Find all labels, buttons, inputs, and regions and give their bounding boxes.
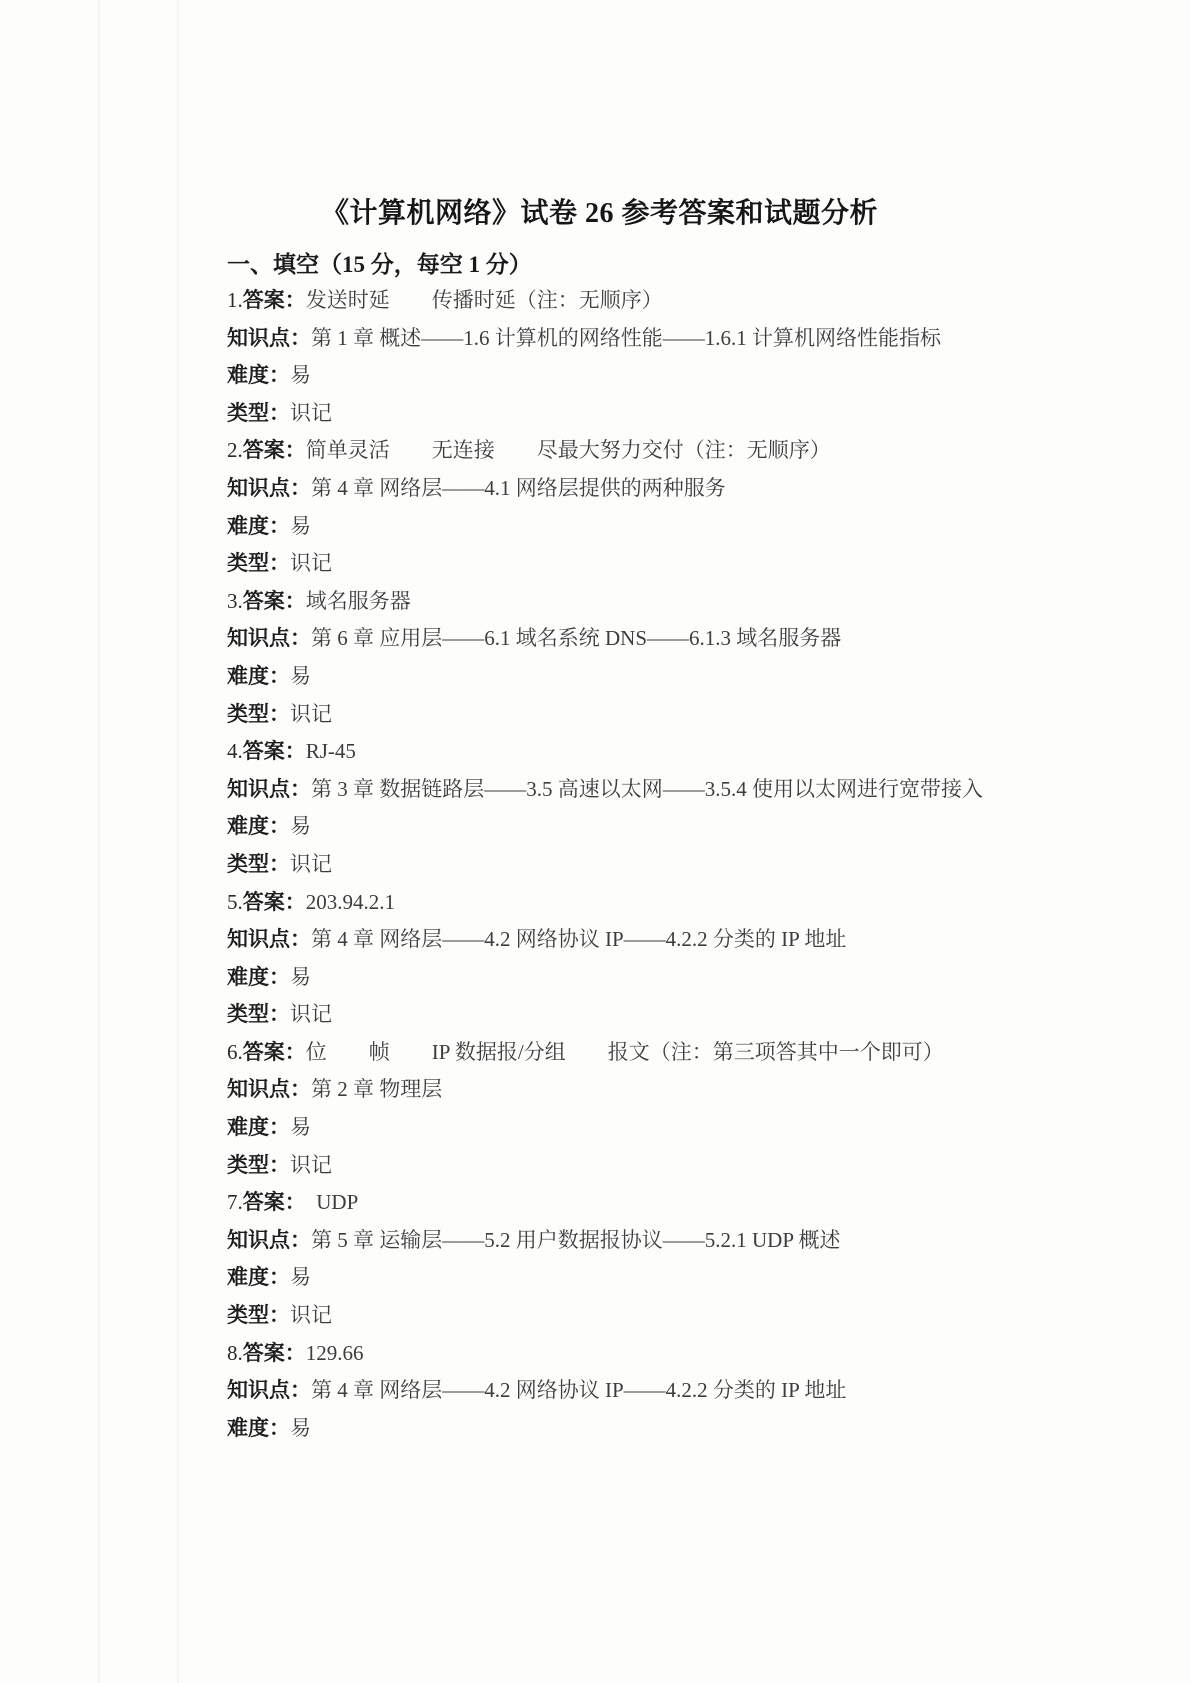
answer-value: 发送时延 传播时延（注：无顺序） — [306, 288, 663, 312]
answer-value: 位 帧 IP 数据报/分组 报文（注：第三项答其中一个即可） — [306, 1040, 944, 1064]
difficulty-label: 难度： — [227, 664, 290, 688]
type-line: 类型：识记 — [227, 545, 972, 583]
type-value: 识记 — [290, 551, 332, 575]
answer-label: 答案： — [243, 589, 306, 613]
knowledge-value: 第 2 章 物理层 — [311, 1077, 442, 1101]
difficulty-value: 易 — [290, 965, 311, 989]
type-label: 类型： — [227, 1303, 290, 1327]
difficulty-line: 难度：易 — [227, 357, 972, 395]
difficulty-label: 难度： — [227, 1265, 290, 1289]
knowledge-label: 知识点： — [227, 1378, 311, 1402]
type-value: 识记 — [290, 1153, 332, 1177]
knowledge-point-line: 知识点：第 4 章 网络层——4.1 网络层提供的两种服务 — [227, 470, 972, 508]
difficulty-label: 难度： — [227, 814, 290, 838]
answer-label: 答案： — [243, 1190, 296, 1214]
difficulty-line: 难度：易 — [227, 1410, 972, 1448]
question-number: 4. — [227, 739, 243, 763]
difficulty-value: 易 — [290, 814, 311, 838]
difficulty-value: 易 — [290, 1265, 311, 1289]
type-value: 识记 — [290, 401, 332, 425]
answer-label: 答案： — [243, 1341, 306, 1365]
answer-value: RJ-45 — [306, 739, 356, 763]
type-value: 识记 — [290, 1303, 332, 1327]
knowledge-value: 第 6 章 应用层——6.1 域名系统 DNS——6.1.3 域名服务器 — [311, 626, 841, 650]
type-line: 类型：识记 — [227, 1147, 972, 1185]
difficulty-label: 难度： — [227, 965, 290, 989]
scan-artifact-line — [177, 0, 179, 1683]
knowledge-value: 第 4 章 网络层——4.2 网络协议 IP——4.2.2 分类的 IP 地址 — [311, 927, 846, 951]
difficulty-label: 难度： — [227, 1115, 290, 1139]
question-number: 8. — [227, 1341, 243, 1365]
answer-value: UDP — [295, 1190, 358, 1214]
question-block: 5.答案：203.94.2.1 知识点：第 4 章 网络层——4.2 网络协议 … — [227, 884, 972, 1034]
question-block: 3.答案：域名服务器 知识点：第 6 章 应用层——6.1 域名系统 DNS——… — [227, 583, 972, 733]
knowledge-point-line: 知识点：第 2 章 物理层 — [227, 1071, 972, 1109]
answer-value: 域名服务器 — [306, 589, 411, 613]
difficulty-value: 易 — [290, 664, 311, 688]
answer-line: 3.答案：域名服务器 — [227, 583, 972, 621]
difficulty-line: 难度：易 — [227, 1259, 972, 1297]
question-block: 1.答案：发送时延 传播时延（注：无顺序） 知识点：第 1 章 概述——1.6 … — [227, 282, 972, 432]
question-number: 3. — [227, 589, 243, 613]
answer-label: 答案： — [243, 890, 306, 914]
difficulty-label: 难度： — [227, 514, 290, 538]
type-line: 类型：识记 — [227, 846, 972, 884]
difficulty-value: 易 — [290, 514, 311, 538]
type-line: 类型：识记 — [227, 996, 972, 1034]
knowledge-point-line: 知识点：第 5 章 运输层——5.2 用户数据报协议——5.2.1 UDP 概述 — [227, 1222, 972, 1260]
knowledge-point-line: 知识点：第 3 章 数据链路层——3.5 高速以太网——3.5.4 使用以太网进… — [227, 771, 972, 809]
knowledge-value: 第 4 章 网络层——4.2 网络协议 IP——4.2.2 分类的 IP 地址 — [311, 1378, 846, 1402]
knowledge-point-line: 知识点：第 1 章 概述——1.6 计算机的网络性能——1.6.1 计算机网络性… — [227, 320, 972, 358]
type-line: 类型：识记 — [227, 395, 972, 433]
type-label: 类型： — [227, 551, 290, 575]
question-block: 4.答案：RJ-45 知识点：第 3 章 数据链路层——3.5 高速以太网——3… — [227, 733, 972, 883]
knowledge-value: 第 3 章 数据链路层——3.5 高速以太网——3.5.4 使用以太网进行宽带接… — [311, 777, 983, 801]
question-number: 5. — [227, 890, 243, 914]
difficulty-line: 难度：易 — [227, 808, 972, 846]
type-label: 类型： — [227, 1002, 290, 1026]
answer-label: 答案： — [243, 739, 306, 763]
knowledge-point-line: 知识点：第 4 章 网络层——4.2 网络协议 IP——4.2.2 分类的 IP… — [227, 1372, 972, 1410]
answer-value: 简单灵活 无连接 尽最大努力交付（注：无顺序） — [306, 438, 831, 462]
section-heading: 一、填空（15 分，每空 1 分） — [227, 248, 972, 282]
question-number: 7. — [227, 1190, 243, 1214]
difficulty-value: 易 — [290, 363, 311, 387]
answer-line: 7.答案： UDP — [227, 1184, 972, 1222]
difficulty-value: 易 — [290, 1115, 311, 1139]
question-number: 1. — [227, 288, 243, 312]
answer-line: 1.答案：发送时延 传播时延（注：无顺序） — [227, 282, 972, 320]
knowledge-label: 知识点： — [227, 927, 311, 951]
difficulty-line: 难度：易 — [227, 508, 972, 546]
knowledge-label: 知识点： — [227, 1228, 311, 1252]
question-block: 2.答案：简单灵活 无连接 尽最大努力交付（注：无顺序） 知识点：第 4 章 网… — [227, 432, 972, 582]
difficulty-line: 难度：易 — [227, 658, 972, 696]
type-label: 类型： — [227, 401, 290, 425]
type-value: 识记 — [290, 852, 332, 876]
type-value: 识记 — [290, 1002, 332, 1026]
knowledge-label: 知识点： — [227, 777, 311, 801]
knowledge-point-line: 知识点：第 4 章 网络层——4.2 网络协议 IP——4.2.2 分类的 IP… — [227, 921, 972, 959]
answer-line: 2.答案：简单灵活 无连接 尽最大努力交付（注：无顺序） — [227, 432, 972, 470]
question-number: 2. — [227, 438, 243, 462]
scan-artifact-line — [98, 0, 100, 1683]
knowledge-label: 知识点： — [227, 476, 311, 500]
knowledge-value: 第 1 章 概述——1.6 计算机的网络性能——1.6.1 计算机网络性能指标 — [311, 326, 941, 350]
answer-label: 答案： — [243, 438, 306, 462]
answer-line: 5.答案：203.94.2.1 — [227, 884, 972, 922]
document-page: 《计算机网络》试卷 26 参考答案和试题分析 一、填空（15 分，每空 1 分）… — [0, 0, 1190, 1683]
type-line: 类型：识记 — [227, 1297, 972, 1335]
answer-value: 203.94.2.1 — [306, 890, 395, 914]
question-block: 8.答案：129.66 知识点：第 4 章 网络层——4.2 网络协议 IP——… — [227, 1335, 972, 1448]
answer-label: 答案： — [243, 1040, 306, 1064]
type-value: 识记 — [290, 702, 332, 726]
document-body: 《计算机网络》试卷 26 参考答案和试题分析 一、填空（15 分，每空 1 分）… — [227, 0, 972, 1447]
knowledge-point-line: 知识点：第 6 章 应用层——6.1 域名系统 DNS——6.1.3 域名服务器 — [227, 620, 972, 658]
answer-line: 6.答案：位 帧 IP 数据报/分组 报文（注：第三项答其中一个即可） — [227, 1034, 972, 1072]
question-block: 7.答案： UDP 知识点：第 5 章 运输层——5.2 用户数据报协议——5.… — [227, 1184, 972, 1334]
question-number: 6. — [227, 1040, 243, 1064]
difficulty-line: 难度：易 — [227, 959, 972, 997]
knowledge-value: 第 4 章 网络层——4.1 网络层提供的两种服务 — [311, 476, 726, 500]
question-block: 6.答案：位 帧 IP 数据报/分组 报文（注：第三项答其中一个即可） 知识点：… — [227, 1034, 972, 1184]
answer-value: 129.66 — [306, 1341, 364, 1365]
answer-label: 答案： — [243, 288, 306, 312]
answer-line: 8.答案：129.66 — [227, 1335, 972, 1373]
difficulty-value: 易 — [290, 1416, 311, 1440]
knowledge-label: 知识点： — [227, 326, 311, 350]
difficulty-label: 难度： — [227, 1416, 290, 1440]
answer-line: 4.答案：RJ-45 — [227, 733, 972, 771]
knowledge-value: 第 5 章 运输层——5.2 用户数据报协议——5.2.1 UDP 概述 — [311, 1228, 840, 1252]
type-line: 类型：识记 — [227, 696, 972, 734]
difficulty-label: 难度： — [227, 363, 290, 387]
difficulty-line: 难度：易 — [227, 1109, 972, 1147]
knowledge-label: 知识点： — [227, 1077, 311, 1101]
page-title: 《计算机网络》试卷 26 参考答案和试题分析 — [227, 196, 972, 232]
knowledge-label: 知识点： — [227, 626, 311, 650]
type-label: 类型： — [227, 852, 290, 876]
type-label: 类型： — [227, 1153, 290, 1177]
type-label: 类型： — [227, 702, 290, 726]
